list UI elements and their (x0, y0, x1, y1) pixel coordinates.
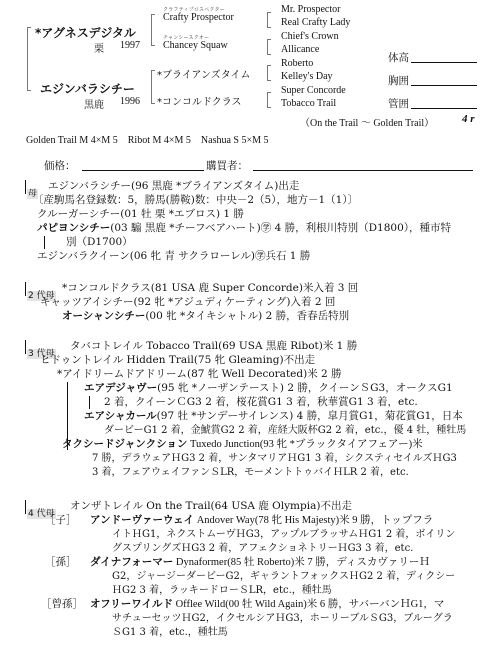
dam-sire-name: *ブライアンズタイム (157, 66, 251, 81)
offspring-name: ダイナフォーマー (90, 556, 173, 568)
sire-dam-name: Chancey Squaw (163, 40, 228, 51)
offspring-name: オーシャンシチー (62, 310, 145, 322)
gen4-line: イトＨG1，ネクストムーヴＨG3，アップルブラッサムＨG1 2 着，ボイリン (112, 528, 455, 541)
offspring-name: タクシードジャンクション (62, 438, 187, 450)
gen3-line: ダービーG1 2 着，金鯱賞G2 2 着，産経大阪杯G2 2 着，etc.，優 … (104, 424, 466, 437)
sire-sire-name: Crafty Prospector (163, 12, 234, 23)
height-label: 体高 (388, 50, 409, 65)
offspring-name: オフリーワイルド (90, 598, 173, 610)
cannon-label: 管囲 (388, 96, 409, 111)
bracket-line (267, 65, 271, 81)
gen2-line: キャッツアイシチー(92 牝 *アジュディケーティング)入着 2 回 (40, 296, 335, 309)
inbreeding: Golden Trail M 4×M 5 Ribot M 4×M 5 Nashu… (26, 131, 269, 146)
price-label: 価格： (44, 158, 76, 173)
gen3-ancestor: Chief's Crown (281, 31, 339, 42)
gen3-line: Tuxedo Junction(93 牝 *ブラックタイアフェアー)米 (187, 439, 422, 450)
relation-label: ［子］ (45, 514, 77, 527)
bracket-line (151, 14, 155, 46)
offspring-name: パピヨンシチー (37, 222, 110, 234)
gen4-line: G2，ジャージーダービーG2，ギャラントフォックスＨG2 2 着，ディクシー (112, 570, 455, 583)
gen3-ancestor: Roberto (281, 58, 313, 69)
section-bar (25, 282, 26, 296)
gen3-line: *アイドリームドアドリーム(87 牝 Well Decorated)米 2 勝 (57, 368, 342, 381)
dam-line: クルーガーシチー(01 牡 栗 *エブロス) 1 勝 (37, 208, 244, 221)
gen4-line: Dynaformer(85 牡 Roberto)米 7 勝，ディスカヴァリーＨ (173, 557, 430, 568)
dam-year: 1996 (120, 96, 140, 107)
gen3-line: ヒドゥントレイル Hidden Trail(75 牝 Gleaming)不出走 (40, 354, 315, 367)
relation-label: ［曾孫］ (41, 598, 83, 611)
gen3-line: 2 着，クイーンＣG3 2 着，桜花賞G1 3 着，秋華賞G1 3 着，etc. (104, 396, 418, 409)
buyer-label: 購買者： (206, 158, 248, 173)
buyer-field[interactable] (253, 170, 473, 171)
gen2-line: *コンコルドクラス(81 USA 鹿 Super Concorde)米入着 3 … (62, 282, 358, 295)
gen4-line: Andover Way(78 牝 His Majesty)米 9 勝，トップフラ (194, 515, 433, 526)
gen3-ancestor: Super Concorde (281, 85, 346, 96)
sire-color: 栗 (94, 40, 104, 55)
gen4-line: サチューセッツＨG2，イクセルシアＨG3，ホーリーブルＳG3，ブルーグラ (112, 612, 453, 625)
bracket-line (267, 39, 271, 55)
girth-field[interactable] (411, 85, 477, 86)
dam-line: 別（D1700） (66, 236, 133, 249)
offspring-name: エアデジャヴー (84, 382, 157, 394)
sire-year: 1997 (120, 40, 140, 51)
section-bar (25, 340, 26, 354)
gen4-line: グスプリングズＨG3 2 着，アフェクショネトリーＨG3 3 着，etc. (112, 542, 413, 555)
offspring-name: アンドーヴァーウェイ (90, 514, 194, 526)
bracket-line (267, 12, 271, 28)
gen3-ancestor: Kelley's Day (281, 71, 333, 82)
section-bar (25, 500, 26, 514)
bracket-line (151, 70, 155, 104)
lineage-line (44, 236, 45, 249)
gen3-line: (97 牡 *サンデーサイレンス) 4 勝，皐月賞G1，菊花賞G1，日本 (157, 410, 463, 422)
gen3-line: タバコトレイル Tobacco Trail(69 USA 黒鹿 Ribot)米 … (70, 340, 357, 353)
dam-line: 〔産駒馬名登録数：5，勝馬(勝鞍)数：中央－2（5），地方－1（1）〕 (33, 194, 358, 207)
bracket-line (27, 27, 31, 91)
dam-line: エジンバラクイーン(06 牝 青 サクラローレル)㊫兵石 1 勝 (37, 250, 310, 263)
lineage-line (89, 396, 90, 409)
section-bar (25, 180, 26, 194)
gen4-line: オンザトレイル On the Trail(64 USA 鹿 Olympia)不出… (70, 500, 352, 513)
dam-line: (03 騸 黒鹿 *チーフベアハート)㊫ 4 勝，利根川特別（D1800），種市… (110, 222, 451, 234)
gen3-ancestor: Mr. Prospector (281, 4, 340, 15)
girth-label: 胸囲 (388, 73, 409, 88)
gen3-line: (95 牝 *ノーザンテースト) 2 勝，クイーンＳG3，オークスG1 (157, 382, 453, 394)
gen3-ancestor: Tobacco Trail (281, 98, 336, 109)
price-field[interactable] (82, 170, 204, 171)
sire-name: *アグネスデジタル (35, 24, 136, 41)
offspring-name: エアシャカール (84, 410, 157, 422)
bracket-line (267, 92, 271, 108)
height-field[interactable] (411, 62, 477, 63)
dam-name: エジンバラシチー (40, 80, 135, 97)
gen2-line: (00 牝 *タイキシャトル) 2 勝，香春岳特別 (145, 310, 349, 322)
gen3-ancestor: Real Crafty Lady (281, 17, 350, 28)
gen4-line: ＳG1 3 着，etc.，種牡馬 (112, 626, 228, 639)
family-number: 4 r (462, 113, 475, 125)
dam-line: エジンバラシチー(96 黒鹿 *ブライアンズタイム)出走 (48, 180, 299, 193)
cannon-field[interactable] (411, 108, 477, 109)
gen3-line: 3 着，フェアウェイファンＳLR，モーメントトゥバイＨLR 2 着，etc. (92, 466, 409, 479)
gen3-ancestor: Allicance (281, 44, 319, 55)
gen3-line: 7 勝，デラウェアＨG3 2 着，サンタマリアＨG1 3 着，シクスティセイルズ… (92, 452, 457, 465)
relation-label: ［孫］ (45, 556, 77, 569)
dam-dam-name: *コンコルドクラス (157, 93, 242, 108)
dam-color: 黒鹿 (84, 96, 104, 111)
gen4-line: ＨG2 3 着，ラッキードローＳLR，etc.，種牡馬 (112, 584, 332, 597)
gen4-line: Offlee Wild(00 牡 Wild Again)米 6 勝，サバーバンＨ… (173, 599, 444, 610)
family-line: （On the Trail ～ Golden Trail） (300, 114, 434, 129)
